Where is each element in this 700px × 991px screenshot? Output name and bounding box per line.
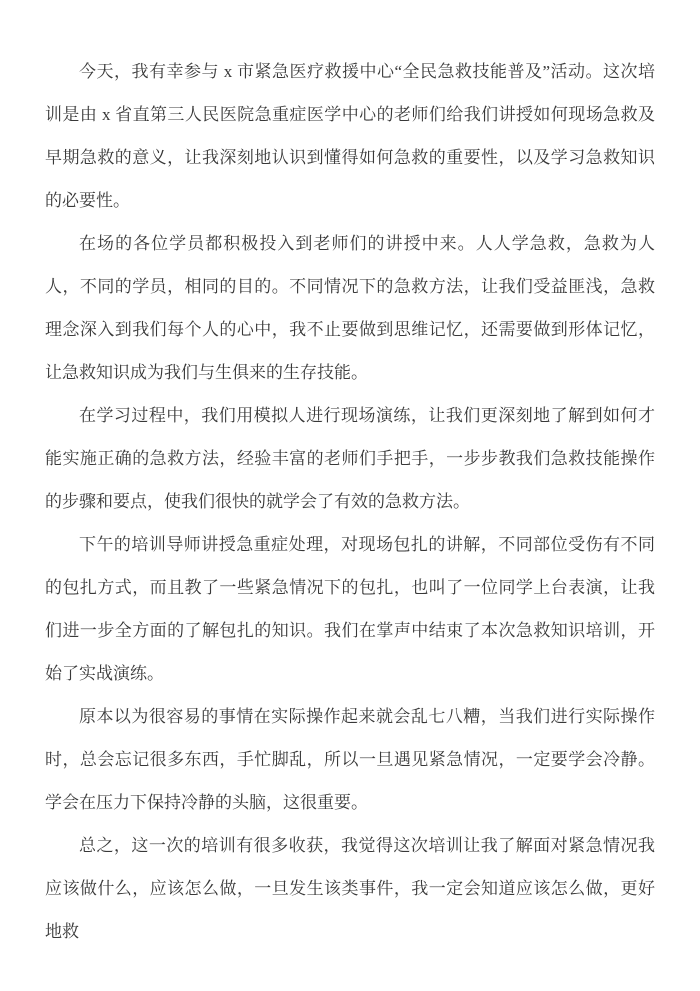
paragraph: 今天，我有幸参与 x 市紧急医疗救援中心“全民急救技能普及”活动。这次培训是由 … [45, 50, 655, 222]
document-body-text: 今天，我有幸参与 x 市紧急医疗救援中心“全民急救技能普及”活动。这次培训是由 … [45, 50, 655, 953]
paragraph: 总之，这一次的培训有很多收获，我觉得这次培训让我了解面对紧急情况我应该做什么，应… [45, 824, 655, 953]
paragraph: 在场的各位学员都积极投入到老师们的讲授中来。人人学急救，急救为人人，不同的学员，… [45, 222, 655, 394]
paragraph: 原本以为很容易的事情在实际操作起来就会乱七八糟，当我们进行实际操作时，总会忘记很… [45, 695, 655, 824]
paragraph: 在学习过程中，我们用模拟人进行现场演练，让我们更深刻地了解到如何才能实施正确的急… [45, 394, 655, 523]
document-page: 今天，我有幸参与 x 市紧急医疗救援中心“全民急救技能普及”活动。这次培训是由 … [0, 0, 700, 991]
paragraph: 下午的培训导师讲授急重症处理，对现场包扎的讲解，不同部位受伤有不同的包扎方式，而… [45, 523, 655, 695]
document-viewport: { "document": { "language": "zh-CN", "ba… [0, 0, 700, 991]
